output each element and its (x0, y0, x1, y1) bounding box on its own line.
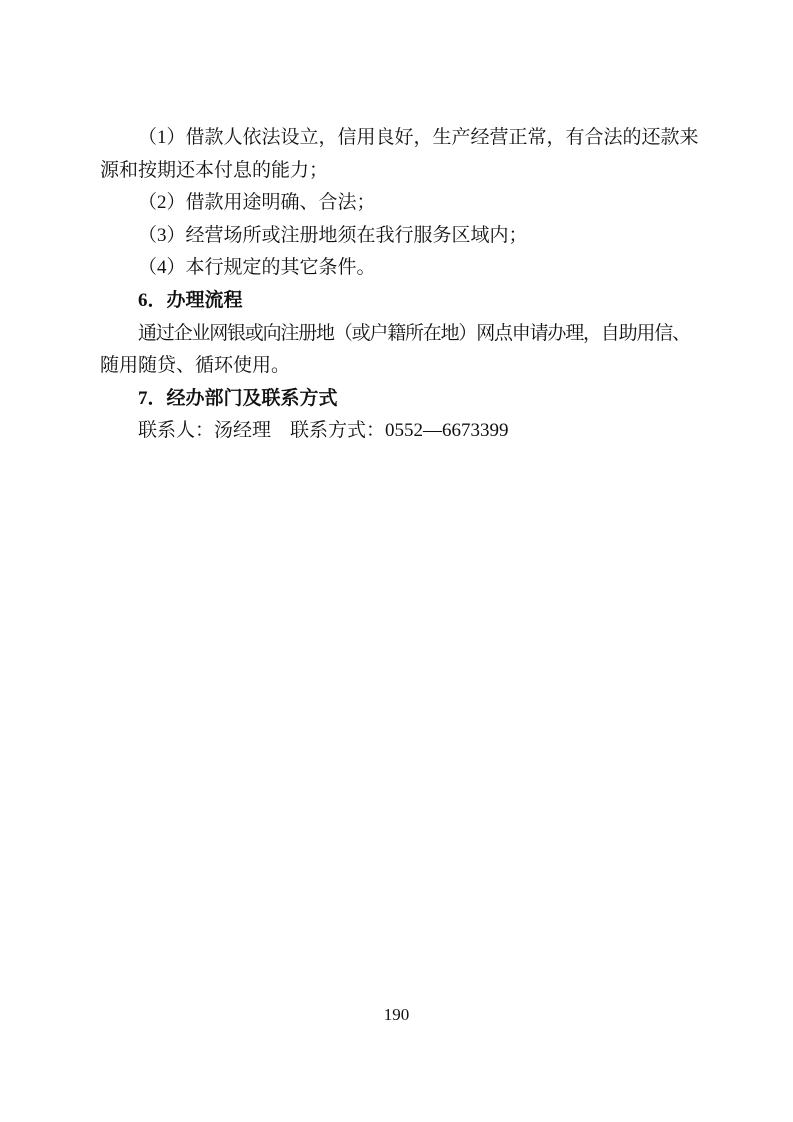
text-line: （2）借款用途明确、合法； (100, 187, 692, 220)
text-line: 源和按期还本付息的能力； (100, 155, 692, 188)
page-number: 190 (0, 1004, 793, 1026)
heading-line: 7．经办部门及联系方式 (100, 383, 692, 416)
heading-line: 6．办理流程 (100, 285, 692, 318)
text-line: 随用随贷、循环使用。 (100, 350, 692, 383)
text-line: （4）本行规定的其它条件。 (100, 252, 692, 285)
text-line: （1）借款人依法设立，信用良好，生产经营正常，有合法的还款来 (100, 122, 692, 155)
document-body: （1）借款人依法设立，信用良好，生产经营正常，有合法的还款来源和按期还本付息的能… (100, 122, 692, 448)
text-line: 联系人：汤经理 联系方式：0552—6673399 (100, 415, 692, 448)
text-line: 通过企业网银或向注册地（或户籍所在地）网点申请办理，自助用信、 (100, 318, 692, 351)
document-page: （1）借款人依法设立，信用良好，生产经营正常，有合法的还款来源和按期还本付息的能… (0, 0, 793, 1122)
text-line: （3）经营场所或注册地须在我行服务区域内； (100, 220, 692, 253)
